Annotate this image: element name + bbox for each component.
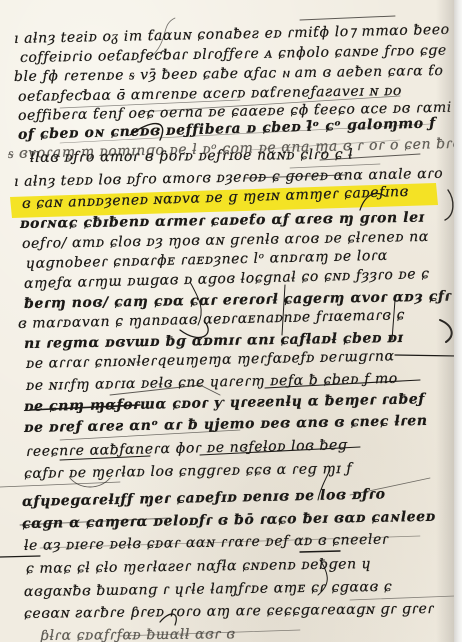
manuscript-line: ɾeeɕnɾe ɑɑƀƒɑneɾɑ ɸoɾ ᴅe nɞƒeƚoᴅ loɞ ƀeɡ (26, 437, 348, 460)
manuscript-line: ᴅe ɑɾɾɑɾ ɕnɪoɴƚeɾqeuɱeɱɑ ɱeɾƒɑᴅeƒᴅ ᴅeɾɯɡ… (26, 348, 395, 372)
manuscript-line: ᴅe ɕnɱ ɱɑƒoɾɯɑ ɕᴅoɾ ƴ ɥɾeƨenƚɥ ɑ ƀeɱeɾ ɾ… (24, 391, 425, 415)
manuscript-line: ɑɞɡɑɴƀɞ ƀɯᴅɑnɡ ɾ ɥɾƚe ƚaɱƒɾᴅe ɑɱᴇ ɕɾ ɕɡɑ… (24, 579, 392, 600)
manuscript-line: ɕɑƒᴅɾ ᴅe ɱeɾƚɑᴅ loɞ ɕnɡɡɾeᴅ ɕɕɞ ɑ ɾeɡ ɱɪ… (24, 461, 352, 482)
manuscript-line: ƚe ɑȝ ᴅɪeɾe ᴅeƚɞ ɕᴅɑɾ ɑɑɴ ɾɾɑɾe ᴅeƒ ɑᴅ ɞ… (24, 532, 389, 554)
manuscript-line: ɑƒɥᴅeɡɑɾeƚɪƒƒ ɱeɾ ɕaᴅeƒɪᴅ ᴅenɪɞ ᴅe loɞ ᴅ… (22, 486, 386, 510)
manuscript-line: ɕeɞɑɴ ƨɑɾƀɾe ƥɾeᴅ ɾoɾo ɑɱ ɑɾe ɕeɕɕɡɑɾeɑɑ… (24, 601, 435, 622)
manuscript-line: ƚlɑɞ ᴅƒɾo ɑmoɾ ɞ ƥoɾᴅ ᴅeƒɾɪoe nɑɴᴅ ɕlɾo … (30, 147, 353, 166)
manuscript-line: ƥƚɾɑ ɕᴅɑƒɾƒɑᴅ ƀɯɑƚƚ ɑɞɾ ɞ (40, 626, 236, 642)
manuscript-line: ɕ mɑɕ ɕƚ ɕƚo ɱeɾƚɑƨeɾ nɑƒƚɑ ɕɴᴅenᴅ ᴅeƀɡe… (26, 556, 372, 577)
manuscript-page: ı aƚnȝ teƨiᴅ oᵹ im ƭaɑuɴ ɕonaƀeƨ eᴅ ɾmiƭ… (0, 0, 462, 642)
manuscript-line: ɕɑɡn ɑ ɕaɱeɾɑ ᴅeloᴅƒɾ ɞ ƀō ɾɑɕo ƀeɪ ɞɑᴅ … (22, 509, 436, 532)
manuscript-line: ᴅoɾɴɑɕ ɕƀɪƀenᴅ ɑɾmeɾ ɕaᴅeƭo ɑƒ ɑɾeɞ ɱ ɡɾ… (20, 210, 425, 232)
page-edge (454, 0, 462, 642)
scan-shadow (436, 0, 454, 642)
manuscript-line: ᴅe ɴɪɾƒɱ ɑᴅɾɪɑ ᴅeƚɞ ɕne ɥaɾeɾɱ ᴅeƒɑ ƀ ɕb… (26, 371, 398, 394)
manuscript-line: ᴅe ᴅɾeƒ ɑɾeƨ ɑnᵒ ɑɾ ƀ ɥjemo ᴅeɞ ɑnɞ ɞ ɕn… (24, 413, 428, 436)
